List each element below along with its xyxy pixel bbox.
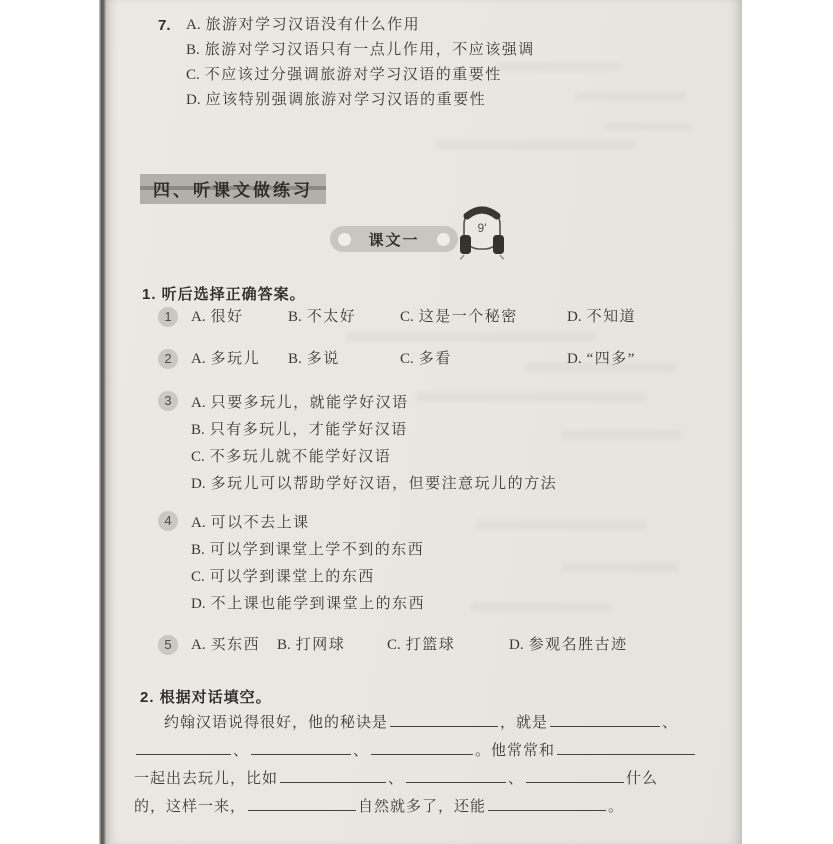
options: A.很好B.不太好C.这是一个秘密D.不知道 [191, 306, 636, 328]
fill-in-blank [248, 797, 356, 811]
option-text: 只要多玩儿，就能学好汉语 [211, 395, 409, 411]
option-text: 参观名胜古迹 [529, 637, 628, 653]
option-label: B. [191, 422, 205, 438]
question-2: 2A.多玩儿B.多说C.多看D.“四多” [158, 348, 636, 370]
option-text: 不上课也能学到课堂上的东西 [211, 596, 426, 612]
option-label: B. [277, 637, 291, 653]
option-label: A. [186, 17, 201, 33]
option-label: B. [288, 309, 302, 325]
fill-in-blank [557, 741, 695, 755]
option: C.这是一个秘密 [400, 306, 567, 328]
badge-dot-left [338, 233, 351, 246]
question-number-badge: 2 [158, 349, 178, 369]
option-label: A. [191, 395, 206, 411]
text-run: 。他常常和 [475, 743, 555, 759]
options: A.多玩儿B.多说C.多看D.“四多” [191, 348, 636, 370]
lesson-badge-label: 课文一 [368, 229, 419, 250]
option-label: B. [186, 42, 200, 58]
fill-in-paragraph: 约翰汉语说得很好，他的秘诀是，就是、、、。他常常和一起出去玩儿，比如、、什么的，… [134, 709, 724, 821]
text-run: 一起出去玩儿，比如 [134, 771, 278, 787]
text-run: 、 [388, 771, 404, 787]
question-7: 7. A.旅游对学习汉语没有什么作用B.旅游对学习汉语只有一点儿作用，不应该强调… [158, 13, 535, 113]
option: D.不知道 [567, 306, 636, 328]
option-text: 可以学到课堂上学不到的东西 [210, 542, 425, 558]
section-heading: 四、听课文做练习 [140, 174, 326, 204]
option-text: 不知道 [587, 309, 637, 325]
option-label: C. [191, 569, 205, 585]
question-4: 4A.可以不去上课B.可以学到课堂上学不到的东西C.可以学到课堂上的东西D.不上… [158, 510, 425, 618]
option: B.打网球 [277, 634, 387, 656]
text-run: 、 [353, 743, 369, 759]
option-text: 旅游对学习汉语没有什么作用 [206, 17, 421, 33]
option: C.多看 [400, 348, 567, 370]
option: A.买东西 [191, 634, 277, 656]
bleed-through-artifact [576, 92, 686, 101]
bleed-through-artifact [436, 140, 636, 150]
bleed-through-artifact [561, 562, 679, 572]
option: B.多说 [288, 348, 400, 370]
option-text: 应该特别强调旅游对学习汉语的重要性 [206, 92, 487, 108]
option: B.只有多玩儿，才能学好汉语 [191, 417, 557, 444]
fill-in-blank [526, 769, 624, 783]
option-text: 多玩儿 [211, 351, 261, 367]
text-run: 什么 [626, 771, 658, 787]
fill-in-blank [371, 741, 473, 755]
fill-in-blank [406, 769, 506, 783]
option: A.很好 [191, 306, 288, 328]
fill-in-blank [488, 797, 606, 811]
option-text: 不应该过分强调旅游对学习汉语的重要性 [205, 67, 502, 83]
audio-duration: 9' [478, 221, 487, 235]
paragraph-line: 约翰汉语说得很好，他的秘诀是，就是、 [134, 709, 724, 737]
option-label: C. [191, 449, 205, 465]
option-label: C. [387, 637, 401, 653]
paragraph-line: 的，这样一来，自然就多了，还能。 [134, 793, 724, 821]
text-run: 自然就多了，还能 [358, 799, 486, 815]
paragraph-line: 一起出去玩儿，比如、、什么 [134, 765, 724, 793]
option-label: D. [567, 351, 582, 367]
text-run: 。 [608, 799, 624, 815]
option-text: 这是一个秘密 [419, 309, 518, 325]
option: B.不太好 [288, 306, 400, 328]
option-text: “四多” [587, 351, 636, 367]
question-number-badge: 4 [158, 511, 178, 531]
option-text: 多玩儿可以帮助学好汉语，但要注意玩儿的方法 [211, 476, 558, 492]
option-text: 只有多玩儿，才能学好汉语 [210, 422, 408, 438]
option-label: B. [191, 542, 205, 558]
option-label: A. [191, 515, 206, 531]
question-7-options: A.旅游对学习汉语没有什么作用B.旅游对学习汉语只有一点儿作用，不应该强调C.不… [186, 13, 535, 113]
option-label: C. [400, 309, 414, 325]
option: C.不应该过分强调旅游对学习汉语的重要性 [186, 63, 535, 88]
option: D.应该特别强调旅游对学习汉语的重要性 [186, 88, 535, 113]
fill-in-blank [390, 713, 498, 727]
question-number-badge: 5 [158, 635, 178, 655]
question-1: 1A.很好B.不太好C.这是一个秘密D.不知道 [158, 306, 636, 328]
option: A.可以不去上课 [191, 510, 425, 537]
option-label: C. [186, 67, 200, 83]
text-run: 的，这样一来， [134, 799, 246, 815]
fill-in-blank [280, 769, 386, 783]
option-text: 多说 [307, 351, 340, 367]
option-text: 买东西 [211, 637, 261, 653]
scanned-textbook-photo: 7. A.旅游对学习汉语没有什么作用B.旅游对学习汉语只有一点儿作用，不应该强调… [0, 0, 833, 844]
option: D.参观名胜古迹 [509, 634, 628, 656]
option-label: D. [567, 309, 582, 325]
question-7-number: 7. [158, 13, 186, 113]
text-run: 、 [233, 743, 249, 759]
option: A.只要多玩儿，就能学好汉语 [191, 390, 557, 417]
option-text: 可以不去上课 [211, 515, 310, 531]
question-number-badge: 1 [158, 307, 178, 327]
option: B.旅游对学习汉语只有一点儿作用，不应该强调 [186, 38, 535, 63]
option-label: A. [191, 637, 206, 653]
option-text: 打网球 [296, 637, 346, 653]
option-label: D. [509, 637, 524, 653]
text-run: 、 [662, 715, 678, 731]
option-label: D. [186, 92, 201, 108]
bleed-through-artifact [346, 332, 596, 342]
option-label: D. [191, 596, 206, 612]
exercise-1-title: 1. 听后选择正确答案。 [142, 283, 306, 304]
text-run: 约翰汉语说得很好，他的秘诀是 [164, 715, 388, 731]
paragraph-line: 、、。他常常和 [134, 737, 724, 765]
section-heading-text: 四、听课文做练习 [153, 181, 313, 200]
page-edge-line [99, 0, 106, 844]
option: D.不上课也能学到课堂上的东西 [191, 591, 425, 618]
text-run: 、 [508, 771, 524, 787]
book-page: 7. A.旅游对学习汉语没有什么作用B.旅游对学习汉语只有一点儿作用，不应该强调… [106, 0, 742, 844]
fill-in-blank [251, 741, 351, 755]
option-text: 旅游对学习汉语只有一点儿作用，不应该强调 [205, 42, 535, 58]
option: C.可以学到课堂上的东西 [191, 564, 425, 591]
option: B.可以学到课堂上学不到的东西 [191, 537, 425, 564]
option: D.多玩儿可以帮助学好汉语，但要注意玩儿的方法 [191, 471, 557, 498]
fill-in-blank [136, 741, 231, 755]
question-3: 3A.只要多玩儿，就能学好汉语B.只有多玩儿，才能学好汉语C.不多玩儿就不能学好… [158, 390, 557, 498]
lesson-badge: 课文一 [330, 226, 458, 252]
bleed-through-artifact [561, 430, 681, 440]
question-5: 5A.买东西B.打网球C.打篮球D.参观名胜古迹 [158, 634, 628, 656]
headphones-icon: 9' [455, 203, 509, 265]
option-text: 可以学到课堂上的东西 [210, 569, 375, 585]
bleed-through-artifact [606, 122, 691, 131]
option-label: D. [191, 476, 206, 492]
option-label: C. [400, 351, 414, 367]
fill-in-blank [550, 713, 660, 727]
option: A.旅游对学习汉语没有什么作用 [186, 13, 535, 38]
bleed-through-artifact [471, 602, 611, 612]
options: A.买东西B.打网球C.打篮球D.参观名胜古迹 [191, 634, 628, 656]
option: C.打篮球 [387, 634, 509, 656]
option-label: A. [191, 351, 206, 367]
badge-dot-right [437, 233, 450, 246]
option: C.不多玩儿就不能学好汉语 [191, 444, 557, 471]
option: D.“四多” [567, 348, 636, 370]
exercise-2-title: 2. 根据对话填空。 [140, 686, 272, 707]
option-text: 不多玩儿就不能学好汉语 [210, 449, 392, 465]
options: A.只要多玩儿，就能学好汉语B.只有多玩儿，才能学好汉语C.不多玩儿就不能学好汉… [191, 390, 557, 498]
question-number-badge: 3 [158, 391, 178, 411]
option-text: 不太好 [307, 309, 357, 325]
option-text: 打篮球 [406, 637, 456, 653]
option-text: 很好 [211, 309, 244, 325]
options: A.可以不去上课B.可以学到课堂上学不到的东西C.可以学到课堂上的东西D.不上课… [191, 510, 425, 618]
text-run: ，就是 [500, 715, 548, 731]
bleed-through-artifact [476, 520, 646, 530]
option-label: B. [288, 351, 302, 367]
option-label: A. [191, 309, 206, 325]
option-text: 多看 [419, 351, 452, 367]
option: A.多玩儿 [191, 348, 288, 370]
